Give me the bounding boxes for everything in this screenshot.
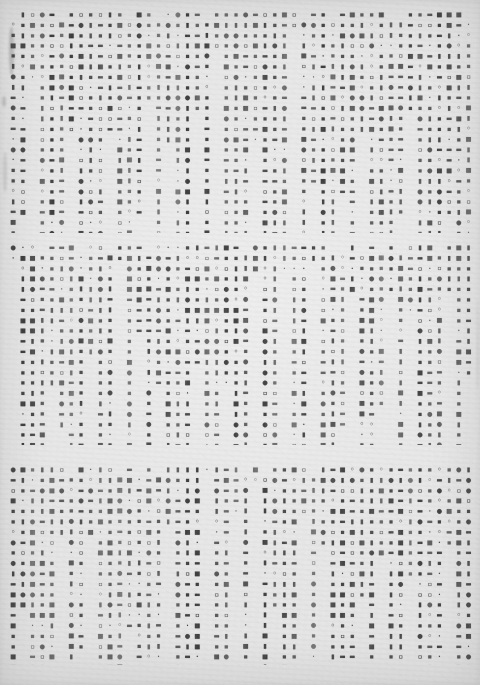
text-column-redacted: ▬▮▪▫■■▬▬▬ xyxy=(134,243,144,445)
text-column-redacted: ●▪▮▪▪▮▮■▪▪■▮▪ xyxy=(357,465,367,665)
text-column-redacted: ■●●▪▪▮▮▬▪▪▫▮▬▬▮▬▫▪◦▬ xyxy=(134,10,144,233)
text-column-redacted: ▪▬■■·▬■▫●▬▫▪▬▮▪▮▪▮◦▫ xyxy=(144,465,154,665)
text-column-redacted: ▬▪■▮▪▮▮▬◦▮▫▪▪■▪■■▬ xyxy=(337,10,347,233)
text-column-redacted: ▪●●▮▫▮▪▮▪▪▪ xyxy=(405,465,415,665)
text-column-redacted: ▬■▪■▬▪▬▬▪▮◦▮·●▪▬●▪■▪ xyxy=(144,243,154,445)
text-column-redacted: ■▪▫·▪▪▮▮▫■●▪▬▫◦▪▮▮■■▪▫■ xyxy=(376,10,386,233)
text-column-redacted: ▪▮▮▬▮▮▪·▪▪▬▪●▮▮▪·▫●▫·▪▪ xyxy=(86,10,96,233)
text-column-redacted: ▫■▮▮·▪■◦▮·▬▪▮▮▮■▮■●▪ xyxy=(260,465,270,665)
text-column-redacted: ■▬▪▮■▮▬●▬●▮▬■·●▮▪■■▫▮▪▮ xyxy=(279,10,289,233)
text-column-redacted: ▪▮◦◦▫▬▪▫■●●▮●●▫■▪●▫▪▬ xyxy=(260,243,270,445)
text-column-redacted: ▪▮▪▮■▪▪▮●▮▮▬■▬▮■▬■▪▬· xyxy=(366,465,376,665)
text-column-redacted: ▬■▪●▪■■■▮▮▪·▪▪▪▪▬◦◦▪▫ xyxy=(366,243,376,445)
text-column-redacted: ■◦▪▮▬▮▪▪■▪▫●▪●·▮▪·▪■ xyxy=(105,243,115,445)
text-column-redacted: ▪▪·■■◦◦▪▪ xyxy=(144,10,154,233)
text-column-redacted: ▪▮■●▪·◦▪▪▪▬▪■▬▪▪■▮▫▪■● xyxy=(202,10,212,233)
text-column-redacted: ▬▪▬■▪▬▪▪■▪ xyxy=(192,10,202,233)
text-column-redacted: ▮■■▮■▪▪◦▬▮▮▫▮■▮·■■▪▮ xyxy=(396,243,406,445)
text-band-1: ·◦▪▪▪▫▮▪■▮◦■▮▮■▪◦▫■◦·▪■▬·◦▮▪■▮▬◦■▮▪▬·◦▬▪… xyxy=(8,10,473,233)
redaction-note: The printed text on this page is sexuall… xyxy=(0,0,1,1)
text-column-redacted: ▮▮●■▪◦■·■▬■▪▬▬▫■■■·▫◦ xyxy=(192,465,202,665)
text-column-redacted: ▪·▬▮▪●■■▪■●■●▮■·▪▫▬▮· xyxy=(27,465,37,665)
text-column-redacted: ▬■▪■▪▫▪▫▪▫▪▬· xyxy=(250,10,260,233)
text-column-redacted: ▮▮▬▮▪■·▪■▫▪▫◦▮▬▫■▫▪▪▫ xyxy=(95,465,105,665)
text-column-redacted: ▬▮▬▬■◦■■■▫■●▫·▫▪▮▮▫▪▮ xyxy=(396,465,406,665)
text-column-redacted: ▪▫▮▬■◦▮▮■▪●▬▪▫▪▪▮●●◦▮▪▮ xyxy=(415,10,425,233)
text-column-redacted: ▫▮▪■■▪▪■■▪▪▪▮●▮·▪■■■▪ xyxy=(105,465,115,665)
text-column-redacted: ·◦●▬▪▪■ xyxy=(86,465,96,665)
text-column-redacted: ▮◦▮▮▮●▮▬▬▮▪▮▪▪▫▬▬▫●■■ xyxy=(270,243,280,445)
text-column-redacted: ▮■■▬■▮▪▫·▪■▪▪■■▮▫·■▪▪ xyxy=(47,465,57,665)
text-column-redacted: ▮▬·▮■ xyxy=(347,243,357,445)
text-column-redacted: ▪▪▪●■▪▮▪▬▮▪▪▪▬▬◦■▮▮▪▫▮ xyxy=(153,10,163,233)
text-column-redacted: ◦●▮▮▪▮●▬▪▬■▫▮··▮■▪▪▪ xyxy=(241,465,251,665)
text-column-redacted: ▮▪▮·▫▪▪▮▪■▫▬ xyxy=(105,10,115,233)
text-column-redacted: ▪▪ xyxy=(115,243,125,445)
text-column-redacted: ▮●■▬■·▪▬▮▫▮▬▮●▪▮■▫▮▪ xyxy=(328,243,338,445)
text-column-redacted: ▪▮●●■▪●▮▮▪▪▫■▪▪▬▮▮▪▪▪▪▮ xyxy=(231,10,241,233)
text-column-redacted: ▪▫●▪◦◦■▮▮●▫▬▪◦▬■●▮●▮ xyxy=(434,243,444,445)
text-column-redacted: ●▪●▪◦▪◦▪▪▮▮▫▫▪●◦■◦▪▬▪▬▮ xyxy=(37,10,47,233)
text-column-redacted: ▬●▬◦■▪▫▮▫▬▮▪■■■◦▪▪▮·■ xyxy=(328,465,338,665)
text-column-redacted: ▮▮▪▮▪▪▪▬▮▮■▬▪ xyxy=(463,243,473,445)
text-column-redacted: ■▪▫▪●●■▪▪▫▪●▪· xyxy=(221,243,231,445)
text-column-redacted: ▬▫▬▫▬▪■■▮▫▪▪▪▪▬▪▪▪■■·●■ xyxy=(47,10,57,233)
text-column-redacted: ■■·▪▬▮▫·▫■▪▪▬▬▬▪●▪▪▮■ xyxy=(425,243,435,445)
text-column-redacted: ▬■▮·●▪▪▫■▮▬·▮▫·▬ xyxy=(124,465,134,665)
text-column-redacted: ▫●▪▪■■▮▫▫▬··●·▫▮●●▮▬▫■▪ xyxy=(76,10,86,233)
text-column-redacted: ▮◦▫■▪▪■▮·▬●▬ xyxy=(192,243,202,445)
text-column-redacted: ▫▪▪▪▪▫▮▬·▪·▮▪■▮▮▪▪◦·■▫ xyxy=(124,10,134,233)
text-column-redacted: ■■▪▮▪▪▪▪·▬■■·▮▪▪■▮▪▬● xyxy=(454,243,464,445)
text-column-redacted: ▮▮·▪■▬●▬■▮■▪▬▬··▬▪▮▪▮▫ xyxy=(386,10,396,233)
text-column-redacted: ■▪▬●▬▮▫▫▫▪·▫·▪▪·▬▪ xyxy=(76,465,86,665)
text-column-redacted: ▪▬▪▪■▬▬●▮▪ xyxy=(405,10,415,233)
text-column-redacted: ▫▬●▬▪▮▮ xyxy=(56,465,66,665)
ink-smudge xyxy=(2,96,6,107)
text-column-redacted: ▪●·●●▬▮▮▮▬◦▮▪▪ xyxy=(270,465,280,665)
text-column-redacted: ▮▬▪▬· xyxy=(231,465,241,665)
text-column-redacted: ·●▮▫▬■▬▮●▬▮▮▮ xyxy=(163,10,173,233)
text-column-redacted: ▬▫▪·▬■·▪·▪▮▪▮●▪●▮▪▮·■▮▬ xyxy=(425,10,435,233)
text-column-redacted: ·■◦▮▮▬▪■■▬▬▪▪▪▪■·▬▪▮▪ xyxy=(18,243,28,445)
text-column-redacted: ▫·▪▪▮■▬■▫▬▮◦▫▪■·▫▮▮▮▪▪ xyxy=(328,10,338,233)
text-column-redacted: ▪◦▮●◦◦▫▪▮▬▬■·▮◦▪■▫▮▪▪▫▮ xyxy=(366,10,376,233)
text-column-redacted: ▮▪▮●▬▪■▮▮▪▫▬▪▪▬·●▮▬▬▫ xyxy=(182,465,192,665)
text-column-redacted: ▮▬◦■▫▪■◦▮●●▮▮·▪▮▬▫▬▪▪ xyxy=(211,243,221,445)
text-band-3: ▮●●▫▪●▬▮▬▮▮▬●●▪■■·●●◦●▬▫■▪▪■■▪●■■▮▮◦●▬▬▪… xyxy=(8,465,473,665)
text-column-redacted: ■▪●▫▪●■■●■▪▪●■▬·▪▬▬·▪▬▬ xyxy=(347,10,357,233)
scan-page: The printed text on this page is sexuall… xyxy=(0,0,480,685)
text-column-redacted: ▮■▮▪·▪●▪ xyxy=(318,465,328,665)
text-column-redacted: ▪▮●▪▪■▫▪▪■●▪●▪▬▪▮▬▪▫▪▮■ xyxy=(221,10,231,233)
text-column-redacted: ▫▮▪▮▬●■▪◦▬▪■▪■▪▬▬▫▬▪■▮● xyxy=(260,10,270,233)
text-column-redacted: ◦●▫▬▬▮■▫▫▬▫■▫■▪·▪▬▬▫▬ xyxy=(347,465,357,665)
text-column-redacted: ·▮▪◦▪▮·▬·◦■●▬▪▫▮▪▪▮▬■ xyxy=(173,243,183,445)
text-column-redacted: ▫▬▪▬▬■▬▬▮▫▫▫▪·▫▫◦▮▬▪◦●▬ xyxy=(95,10,105,233)
text-column-redacted: ▬▫■▪·▮■■▫●■▮▪▪■▪▪●▫·▫ xyxy=(202,243,212,445)
text-column-redacted: ▪◦▪▪·▬·■▬▮▬▫▫●◦▪◦▬▪●▪ xyxy=(425,465,435,665)
text-column-redacted: ▪●▪·▪ xyxy=(386,243,396,445)
text-column-redacted: ■◦ xyxy=(250,465,260,665)
text-column-redacted: ▫▫ xyxy=(289,10,299,233)
text-column-redacted: ▬▫▮▫·■▮▬▪▮■▬▫■▪●▬▮ xyxy=(56,243,66,445)
text-column-redacted: ▬▪▪▪▬▪▮▮··▮▪▪▮ xyxy=(47,243,57,445)
text-column-redacted: ■▪▬▪▮▪▬◦▮◦▪▪▮▬◦■▮●●▪▫▮◦ xyxy=(434,10,444,233)
text-column-redacted: ▮▪●▮▮▬▫·▮■▬▬▪▪■·▪●▫▮▪ xyxy=(37,465,47,665)
text-column-redacted: ▪▬■▮▪▫▪■■▬■▫ xyxy=(66,10,76,233)
text-column-redacted: ·◦▪▪▪▫▮▪■▮◦■▮▮■▪◦▫■◦·▪ xyxy=(463,10,473,233)
text-column-redacted: ▮▬●▮▮◦·▬▪▪●▪▫▪▪▪▬▪■▪▪ xyxy=(211,465,221,665)
text-column-redacted: ▪▪▮●▪▪▪◦▪▮▪▪▬·◦▪▬▪▪●▮▬▬ xyxy=(270,10,280,233)
text-column-redacted: ■▮▫▪■▬▪■▬■·▪■▪■▪▫▪▬▫▪ xyxy=(337,465,347,665)
text-column-redacted: ▪▮▪▮▪ xyxy=(444,243,454,445)
text-column-redacted: ●▮▪▫▬▬·▪■■·▬▬■·▮▬◦▪■·▮◦ xyxy=(241,10,251,233)
text-column-redacted: ▪▮ xyxy=(308,243,318,445)
text-column-redacted: ◦■■■●▫▪■■▮■▪▪▪▮■▪▪▬■■ xyxy=(27,243,37,445)
text-column-redacted: ▪▮◦▪■◦▬▪ xyxy=(444,465,454,665)
text-column-redacted: ▮▬▫▮■▮▬▫●▮▪▪■▬■▪▪▮●▬▫ xyxy=(415,243,425,445)
text-column-redacted: ▮●▮●■▮ xyxy=(163,465,173,665)
text-column-redacted: ▬■▬▪▬▬▬◦▮▬▪■▮▮▫▪▮▪●▬◦ xyxy=(221,465,231,665)
scanner-edge-shadow xyxy=(476,300,479,390)
text-column-redacted: ■▬·◦▮▪■▮▬◦■▮▪▬·◦▬▪▪▮●▪● xyxy=(454,10,464,233)
text-column-redacted: ●▪·▮▫·■▮●●▪●■▪▮··■●·▮▪▮ xyxy=(173,10,183,233)
text-column-redacted: ▪▮▫▬▬●▪▬▬●▪·▫▮▮▪●▪▫▪▬ xyxy=(415,465,425,665)
text-column-redacted: ▪▮▪▪▮■▫▬▫▪●▪●▪●▪●·▬■ xyxy=(308,465,318,665)
text-column-redacted: ·▬●▪■▪▪▪■▪■·▬▪▪■■▪▫▮■ xyxy=(163,243,173,445)
text-column-redacted: ▫▪·◦▬▪■■▪●▬●■▫■■◦·▪◦ xyxy=(357,243,367,445)
text-column-redacted: ▫▬▮●●▮▮▪▮▫●▪▪▪▪▮▬▪▪■▪ xyxy=(95,243,105,445)
text-column-redacted: ▪■▪▫ xyxy=(211,10,221,233)
text-column-redacted: ◦▮■▮▬▪▫▪■ xyxy=(376,465,386,665)
text-column-redacted: ▮▪▪▫■▬▬▬●▪▪▬▬·■▫▮▮▪ xyxy=(396,10,406,233)
text-column-redacted: ▪▮▬▮▪●▪▪●▮▮▪▪■●▮●■▮▪▪▪■ xyxy=(182,10,192,233)
text-column-redacted: ▪▪▪◦·▫▫■·▫▪▬▬◦▪●▪■■■■ xyxy=(318,243,328,445)
text-column-redacted: ◦●●·▬▮●●▬▮●▪■▬ xyxy=(153,243,163,445)
text-column-redacted: ▬●▪◦▬▮·▮▮▬▫▮▬▪▮▬▬ xyxy=(308,10,318,233)
text-column-redacted: ▪◦▬■▮●■▮▬▪▫▬▪■·▮▬▬▫▮▪ xyxy=(182,243,192,445)
text-column-redacted: ■▪●▪●·◦·◦■▬▮●▫▪ xyxy=(376,243,386,445)
text-column-redacted: ▫▮▬■▫ xyxy=(299,465,309,665)
ink-smudge xyxy=(3,152,7,192)
text-column-redacted: ··■▮▪▫●▪■▪▪▪▪▪▮◦▪▪▬▬ xyxy=(76,243,86,445)
text-column-redacted: ▪◦▪▪●▮●·■▪▮◦●▫●■■▮▬■ xyxy=(66,465,76,665)
text-column-redacted: ●· xyxy=(8,243,18,445)
text-column-redacted: ●■■ xyxy=(250,243,260,445)
text-column-redacted: ◦▬●◦●▪◦·▬▪·▬·▪▬▪·▬·▪▮ xyxy=(434,465,444,665)
text-column-redacted: ▪▪▪▪·▬◦▮▫▪▪■·▪▪■■▪▮●▪▮▪ xyxy=(318,10,328,233)
text-column-redacted: ■▬◦▫▪▪▮▪▫▮▬·▪·▬▪▮·▪■ xyxy=(153,465,163,665)
text-column-redacted: ▪■●■■▬▫▪▫▪▪■●▪▪●●▮◦■■ xyxy=(124,243,134,445)
text-band-2: ▮▮▪▮▪▪▪▬▮▮■▬▪■■▪▮▪▪▪▪·▬■■·▮▪▪■▮▪▬●▪▮▪▮▪▪… xyxy=(8,243,473,445)
text-column-redacted: ■■●■▪▬▪▮▪●▬■▬▮◦▮▬●■▮ xyxy=(115,465,125,665)
text-column-redacted: ▪·●▬▪▬▮▮▪·▮▫▮▪▪▪▬■▪■ xyxy=(37,243,47,445)
text-column-redacted: ●·▮■▫··▬▬▪▪■●▫■▪▪◦▮▮◦▪ xyxy=(299,10,309,233)
text-column-redacted: ▪●▪■▬▪▬▪▬·▮▪▮▪▬■▮▮▪·▬ xyxy=(386,465,396,665)
text-column-redacted: ▮▮■◦●▬■●▬▪●▪▮▬▪▪▪●▮▪ xyxy=(241,243,251,445)
text-column-redacted: ▮●●▫▪●▬▮▬▮▮▬●●▪■■·●●◦ xyxy=(463,465,473,665)
text-column-redacted: ▫■▪▪▪■· xyxy=(27,10,37,233)
text-column-redacted: ▫▬▬▪▪●· xyxy=(405,243,415,445)
text-column-redacted: · xyxy=(202,465,212,665)
text-column-redacted: ▪▬▪▮▪▪◦▬▮▪▫▮▮▪■▪▪▮▪■▪ xyxy=(279,465,289,665)
text-column-redacted: ◦▪■▪▮●▮▬●▪▬·●·▪▪◦▮▬■▪ xyxy=(8,10,18,233)
text-column-redacted: ■■▮●▮■▫■▪▮▬▪·▬▬■◦▬▫▪ xyxy=(444,10,454,233)
text-column-redacted: ■▪▫●▪■●▬▮▮▪▪▪■▮▬▬▫▬●·▪ xyxy=(56,10,66,233)
text-column-redacted: ◦▪▪·▮▮▬■▪■▮ xyxy=(86,243,96,445)
text-column-redacted: ▮▪·▬▬▬▬●▪▬▮●●▪■▪▬▬▪▮· xyxy=(173,465,183,665)
text-column-redacted: ●▬▫■▪▪◦●▪●▮▬■■▬■▪▪■■■ xyxy=(8,465,18,665)
text-column-redacted: ·▬▫▪▪▫▪·▮▪·▪■·▪◦▪▬▪▪ xyxy=(134,465,144,665)
text-column-redacted: ■◦▪▪▪■·■▮▬▪▮■▪■▪■▮▪·■ xyxy=(289,465,299,665)
text-column-redacted: ●▬▫■▪▪■■▪●■■▮▮◦●▬▬▪■● xyxy=(454,465,464,665)
text-column-redacted: ◦◦▬▪▮▪▪▫▪▮▮▫▪▬▫▬▬ xyxy=(337,243,347,445)
text-column-redacted: ▪▮■▫·▮▪◦●●▮▮ xyxy=(357,10,367,233)
text-column-redacted: ▬▪·▪▫▮▮▮▫■▪▬▪·■·▪■·▫▮ xyxy=(289,243,299,445)
text-column-redacted: ▮▪▮■▪◦▪▮·▬·▬■●▬▬▪▫▫■ xyxy=(18,10,28,233)
text-column-redacted: ▪■▫▬■▮■▬●▫▬▬·■▮■■▪■▪▫▫· xyxy=(115,10,125,233)
text-column-redacted: ■▬●▮▪▪▮◦▪●▮■▮▬■▪▪·▬▮■ xyxy=(66,243,76,445)
text-column-redacted: ▮▮· xyxy=(279,243,289,445)
text-column-redacted: ■▮▪·▪▮▪▬▫▪●▮●■ xyxy=(18,465,28,665)
text-column-redacted: ▬▪▮▮▪◦■■▮■◦▪▪▪▮■▮●●▬▪ xyxy=(231,243,241,445)
text-column-redacted: ▬▫·▫▪▪●▬▮■▮▫▬▬▮■▬·▮▫▪ xyxy=(299,243,309,445)
